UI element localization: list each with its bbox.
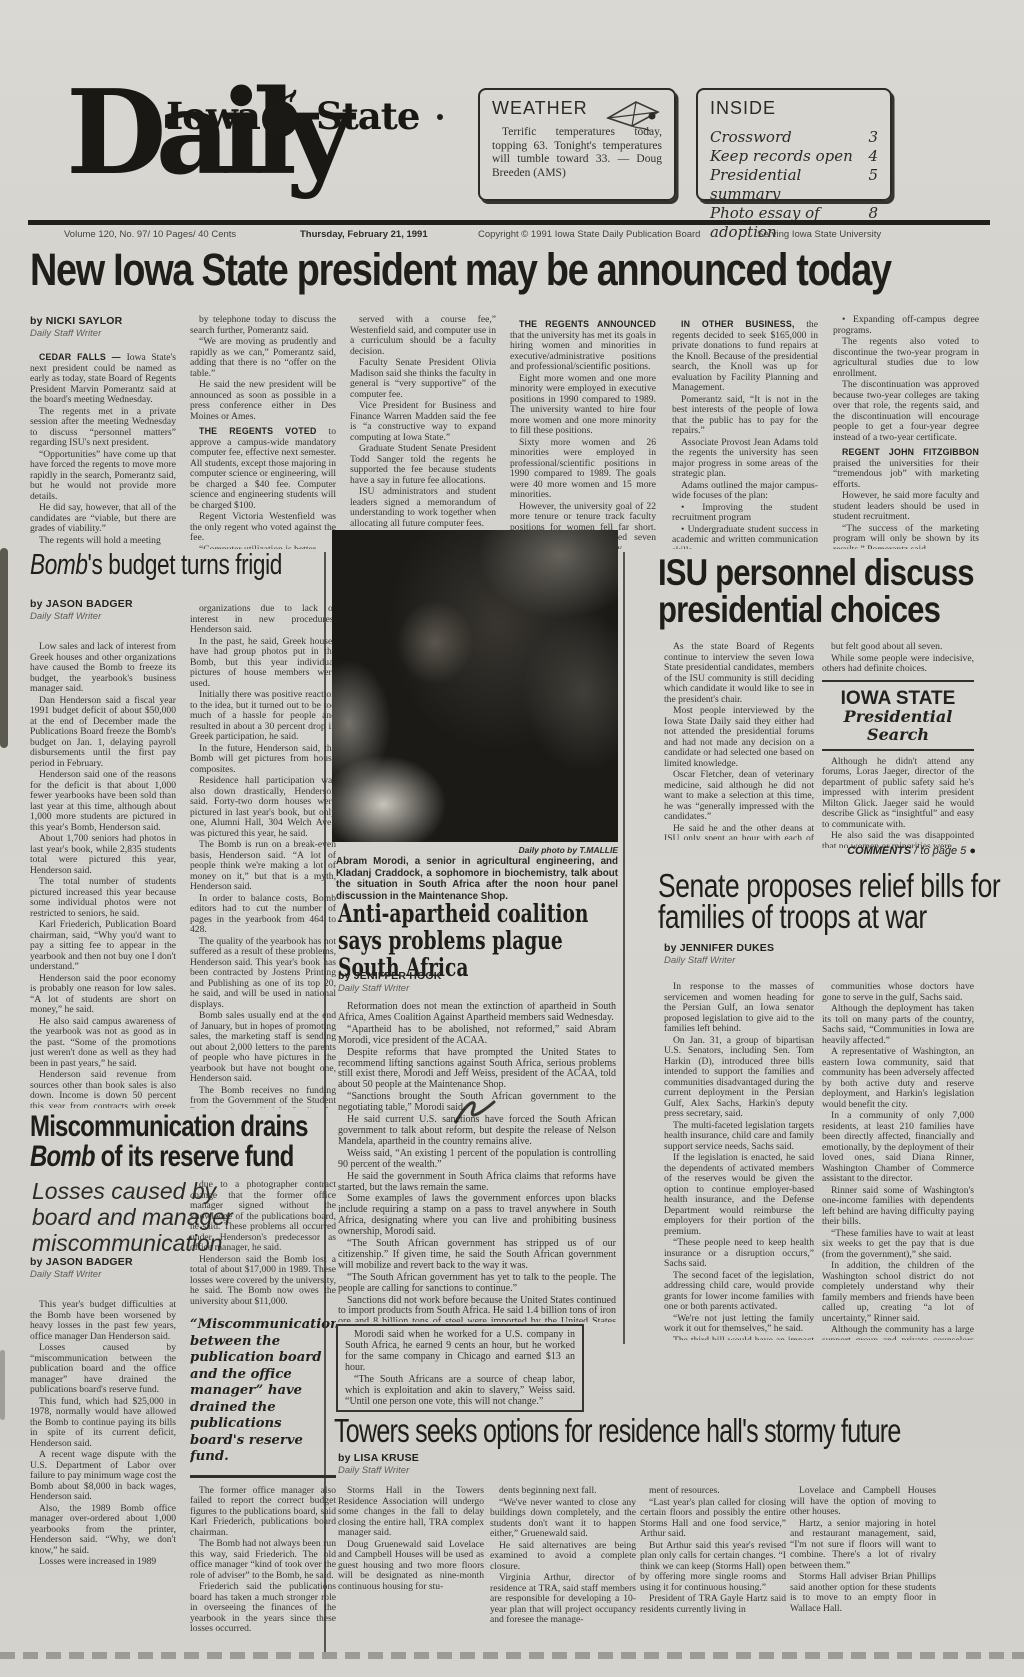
scan-smudge	[0, 548, 8, 748]
inside-item: Crossword 3	[710, 128, 878, 147]
misc-headline: Miscommunication drains Bomb of its rese…	[30, 1112, 338, 1172]
paragraph: Lovelace and Campbell Houses will have t…	[790, 1486, 936, 1518]
byline: by JENIFFER HOOK Daily Staff Writer	[338, 970, 442, 994]
paragraph: The discontinuation was approved because…	[833, 380, 979, 443]
folio-volume: Volume 120, No. 97/ 10 Pages/ 40 Cents	[64, 229, 236, 240]
photo-credit: Daily photo by T.MALLIE	[440, 845, 618, 855]
byline-role: Daily Staff Writer	[664, 955, 774, 966]
paragraph: Reformation does not mean the extinction…	[338, 1002, 616, 1024]
senate-headline: Senate proposes relief bills for familie…	[658, 870, 1002, 932]
byline: by JASON BADGER Daily Staff Writer	[30, 1256, 133, 1280]
article-text: CEDAR FALLS — Iowa State's next presiden…	[30, 352, 176, 546]
paragraph: organizations due to lack of interest in…	[190, 604, 336, 636]
article-text: due to a photographer contract change th…	[190, 1180, 336, 1307]
paragraph: due to a photographer contract change th…	[190, 1180, 336, 1254]
byline: by JASON BADGER Daily Staff Writer	[30, 598, 133, 622]
paragraph: This fund, which had $25,000 in 1978, no…	[30, 1397, 176, 1450]
paragraph: Bomb sales usually end at the end of Jan…	[190, 1011, 336, 1085]
folio-date: Thursday, February 21, 1991	[300, 229, 428, 240]
paragraph: The second facet of the legislation, add…	[664, 1271, 814, 1313]
paragraph: The multi-faceted legislation targets he…	[664, 1121, 814, 1153]
apartheid-body: Reformation does not mean the extinction…	[338, 1002, 616, 1322]
paragraph: He said the new president will be announ…	[190, 380, 336, 422]
inside-index: Crossword 3 Keep records open 4 Presiden…	[710, 128, 878, 242]
comments-page-ref: / to page 5 ●	[911, 845, 976, 857]
paragraph: Doug Gruenewald said Lovelace and Campbe…	[338, 1540, 484, 1593]
paragraph: CEDAR FALLS — Iowa State's next presiden…	[30, 352, 176, 406]
main-col-6: • Expanding off-campus degree programs.T…	[833, 315, 979, 549]
article-text: but felt good about all seven.While some…	[822, 642, 974, 675]
paragraph: communities whose doctors have gone to s…	[822, 982, 974, 1003]
paragraph: REGENT JOHN FITZGIBBON praised the unive…	[833, 447, 979, 490]
paragraph: “We're not just letting the family work …	[664, 1314, 814, 1335]
paragraph: The Bomb is run on a break-even basis, H…	[190, 840, 336, 893]
inside-item-page: 4	[868, 147, 878, 166]
paragraph: “These families have to wait at least si…	[822, 1229, 974, 1261]
byline-author: by JENIFFER HOOK	[338, 970, 442, 982]
comments-jump-line: COMMENTS / to page 5 ●	[800, 845, 976, 857]
inside-title: INSIDE	[710, 98, 878, 119]
byline-role: Daily Staff Writer	[30, 1269, 133, 1280]
paragraph: “These people need to keep health insura…	[664, 1238, 814, 1270]
scan-smudge	[0, 1350, 5, 1420]
presidential-search-logo: IOWA STATE Presidential Search	[822, 680, 974, 751]
paragraph: In addition, the children of the Washing…	[822, 1261, 974, 1324]
paragraph: A representative of Washington, an easte…	[822, 1047, 974, 1110]
logo-iowa-state: IOWA STATE	[824, 689, 972, 708]
isu-col-1: As the state Board of Regents continue t…	[664, 642, 814, 840]
paragraph: If the legislation is enacted, he said t…	[664, 1153, 814, 1237]
paragraph: Friederich said the publications board h…	[190, 1582, 336, 1635]
perforated-edge	[0, 1652, 1024, 1659]
folio-copyright: Copyright © 1991 Iowa State Daily Public…	[478, 229, 700, 240]
paragraph: In response to the masses of servicemen …	[664, 982, 814, 1035]
paragraph: He said he and the other deans at ISU on…	[664, 824, 814, 841]
inside-item: Keep records open 4	[710, 147, 878, 166]
towers-col-4: Lovelace and Campbell Houses will have t…	[790, 1486, 936, 1658]
paragraph: Although the deployment has taken its to…	[822, 1004, 974, 1046]
paragraph: Initially there was positive reaction to…	[190, 690, 336, 743]
masthead-iowa: Iowa	[166, 94, 260, 138]
main-col-1: by NICKI SAYLOR Daily Staff Writer CEDAR…	[30, 315, 176, 549]
byline: by LISA KRUSE Daily Staff Writer	[338, 1452, 419, 1476]
byline-role: Daily Staff Writer	[338, 983, 442, 994]
paragraph: The former office manager also failed to…	[190, 1486, 336, 1539]
paragraph: The Bomb had not always been run this wa…	[190, 1539, 336, 1581]
towers-headline: Towers seeks options for residence hall'…	[334, 1412, 901, 1450]
paragraph: Sanctions did not work before because th…	[338, 1296, 616, 1322]
paragraph: Vice President for Business and Finance …	[350, 401, 496, 443]
paragraph: But Arthur said this year's revised plan…	[640, 1541, 786, 1594]
paragraph: Hartz, a senior majoring in hotel and re…	[790, 1519, 936, 1572]
paragraph: The quality of the yearbook has not suff…	[190, 937, 336, 1011]
paragraph: but felt good about all seven.	[822, 642, 974, 653]
misc-col-2: due to a photographer contract change th…	[190, 1180, 336, 1658]
paragraph: • Expanding off-campus degree programs.	[833, 315, 979, 336]
paragraph: The regents will hold a meeting	[30, 536, 176, 547]
paragraph: As the state Board of Regents continue t…	[664, 642, 814, 705]
paragraph: Adams outlined the major campus-wide foc…	[672, 481, 818, 502]
paragraph: Henderson said the poor economy is proba…	[30, 974, 176, 1016]
paragraph: Losses were increased in 1989	[30, 1557, 176, 1568]
weather-box: WEATHER Terrific temperatures today, top…	[478, 88, 676, 201]
misc-headline-part1: Miscommunication drains	[30, 1110, 308, 1143]
bomb-headline-italic: Bomb	[30, 549, 88, 581]
byline: by NICKI SAYLOR Daily Staff Writer	[30, 315, 176, 339]
paragraph: Low sales and lack of interest from Gree…	[30, 642, 176, 695]
bomb-col-2: organizations due to lack of interest in…	[190, 604, 336, 1108]
paragraph: In order to balance costs, Bomb editors …	[190, 894, 336, 936]
paragraph: The total number of students pictured in…	[30, 877, 176, 919]
article-text: The former office manager also failed to…	[190, 1486, 336, 1635]
paragraph: Henderson said revenue from sources othe…	[30, 1070, 176, 1108]
main-col-3: served with a course fee,” Westenfield s…	[350, 315, 496, 549]
apartheid-boxed-text: Morodi said when he worked for a U.S. co…	[336, 1324, 584, 1412]
paragraph: Although the community has a large suppo…	[822, 1325, 974, 1340]
paragraph: “The South Africans are a source of chea…	[345, 1374, 575, 1407]
paragraph: The Bomb receives no funding from the Go…	[190, 1086, 336, 1109]
inside-item-page: 5	[868, 166, 878, 204]
paragraph: • Improving the student recruitment prog…	[672, 503, 818, 524]
paragraph: Pomerantz said, “It is not in the best i…	[672, 395, 818, 437]
paragraph: “Opportunities” have come up that have f…	[30, 450, 176, 503]
paragraph: Eight more women and one more minority w…	[510, 374, 656, 437]
byline: by JENNIFER DUKES Daily Staff Writer	[664, 942, 774, 966]
paragraph: Despite reforms that have prompted the U…	[338, 1048, 616, 1092]
byline-author: by JENNIFER DUKES	[664, 942, 774, 954]
paragraph: Storms Hall adviser Brian Phillips said …	[790, 1572, 936, 1614]
folio-tagline: Serving Iowa State University	[757, 229, 881, 240]
paragraph: This year's budget difficulties at the B…	[30, 1300, 176, 1342]
paragraph: “The South African government has stripp…	[338, 1239, 616, 1272]
paragraph: In the future, Henderson said, the Bomb …	[190, 744, 336, 776]
inside-item-label: Crossword	[710, 128, 792, 147]
paragraph: The regents also voted to discontinue th…	[833, 337, 979, 379]
misc-headline-italic: Bomb	[30, 1140, 95, 1173]
main-headline: New Iowa State president may be announce…	[30, 244, 891, 296]
paragraph: On Jan. 31, a group of bipartisan U.S. S…	[664, 1036, 814, 1120]
paragraph: Regent Victoria Westenfield was the only…	[190, 512, 336, 544]
paragraph: Karl Friederich, Publication Board chair…	[30, 920, 176, 973]
inside-item-label: Keep records open	[710, 147, 853, 166]
bomb-col-1: Low sales and lack of interest from Gree…	[30, 642, 176, 1108]
paragraph: THE REGENTS ANNOUNCED that the universit…	[510, 319, 656, 373]
paragraph: A recent wage dispute with the U.S. Depa…	[30, 1450, 176, 1503]
paragraph: Rinner said some of Washington's one-inc…	[822, 1186, 974, 1228]
paragraph: Henderson said the Bomb lost a total of …	[190, 1255, 336, 1308]
byline-author: by NICKI SAYLOR	[30, 315, 176, 327]
main-col-2: by telephone today to discuss the search…	[190, 315, 336, 549]
paragraph: The third bill would have an impact on c…	[664, 1336, 814, 1341]
paragraph: served with a course fee,” Westenfield s…	[350, 315, 496, 357]
main-col-5: IN OTHER BUSINESS, the regents decided t…	[672, 315, 818, 549]
paragraph: “The success of the marketing program wi…	[833, 524, 979, 550]
towers-col-3: ment of resources.“Last year's plan call…	[640, 1486, 786, 1658]
bomb-headline: Bomb's budget turns frigid	[30, 549, 282, 582]
ink-dot	[437, 114, 443, 120]
paragraph: “Apartheid has to be abolished, not refo…	[338, 1025, 616, 1047]
paragraph: About 1,700 seniors had photos in last y…	[30, 834, 176, 876]
comments-label: COMMENTS	[847, 845, 911, 857]
bomb-headline-rest: 's budget turns frigid	[88, 549, 282, 581]
misc-col-1: This year's budget difficulties at the B…	[30, 1300, 176, 1658]
paragraph: ISU administrators and student leaders s…	[350, 487, 496, 529]
paragraph: by telephone today to discuss the search…	[190, 315, 336, 336]
paragraph: Storms Hall in the Towers Residence Asso…	[338, 1486, 484, 1539]
paragraph: Faculty Senate President Olivia Madison …	[350, 358, 496, 400]
paragraph: Also, the 1989 Bomb office manager over-…	[30, 1504, 176, 1557]
article-text: Although he didn't attend any forums, Lo…	[822, 757, 974, 849]
paragraph: “The South African government has yet to…	[338, 1273, 616, 1295]
paragraph: IN OTHER BUSINESS, the regents decided t…	[672, 319, 818, 394]
byline-author: by LISA KRUSE	[338, 1452, 419, 1464]
paragraph: THE REGENTS VOTED to approve a campus-wi…	[190, 426, 336, 511]
paragraph: ment of resources.	[640, 1486, 786, 1497]
byline-role: Daily Staff Writer	[338, 1465, 419, 1476]
paragraph: He did say, however, that all of the can…	[30, 503, 176, 535]
paragraph: Weiss said, “An existing 1 percent of th…	[338, 1149, 616, 1171]
paragraph: “We've never wanted to close any buildin…	[490, 1498, 636, 1540]
paragraph: Losses caused by “miscommunication betwe…	[30, 1343, 176, 1396]
ink-smudge	[452, 1094, 498, 1128]
paragraph: Some examples of laws the government enf…	[338, 1194, 616, 1238]
isu-headline: ISU personnel discuss presidential choic…	[658, 554, 994, 628]
towers-col-2: dents beginning next fall.“We've never w…	[490, 1486, 636, 1658]
inside-box: INSIDE Crossword 3 Keep records open 4 P…	[696, 88, 892, 201]
paragraph: Virginia Arthur, director of residence a…	[490, 1573, 636, 1626]
senate-col-1: In response to the masses of servicemen …	[664, 982, 814, 1340]
misc-headline-part3: of its reserve fund	[95, 1140, 294, 1173]
paragraph: He also said campus awareness of the yea…	[30, 1017, 176, 1070]
paragraph: Oscar Fletcher, dean of veterinary medic…	[664, 770, 814, 823]
byline-author: by JASON BADGER	[30, 1256, 133, 1268]
inside-item-page: 3	[868, 128, 878, 147]
masthead-rule	[28, 220, 990, 225]
isu-col-2: but felt good about all seven.While some…	[822, 642, 974, 848]
news-photo	[332, 530, 618, 842]
paragraph: Although he didn't attend any forums, Lo…	[822, 757, 974, 831]
inside-item-label: Presidential summary	[710, 166, 868, 204]
masthead-state: State	[316, 94, 419, 138]
paragraph: Graduate Student Senate President Todd S…	[350, 444, 496, 486]
paragraph: However, he said more faculty and studen…	[833, 491, 979, 523]
weather-text: Terrific temperatures today, topping 63.…	[492, 126, 662, 180]
paragraph: Most people interviewed by the Iowa Stat…	[664, 706, 814, 769]
byline-author: by JASON BADGER	[30, 598, 133, 610]
byline-role: Daily Staff Writer	[30, 611, 133, 622]
paragraph: He said alternatives are being examined …	[490, 1541, 636, 1573]
paragraph: While some people were indecisive, other…	[822, 654, 974, 675]
paragraph: “Last year's plan called for closing cer…	[640, 1498, 786, 1540]
main-col-4: THE REGENTS ANNOUNCED that the universit…	[510, 315, 656, 549]
paragraph: Morodi said when he worked for a U.S. co…	[345, 1329, 575, 1373]
paragraph: In the past, he said, Greek houses have …	[190, 637, 336, 690]
pull-quote: “Miscommunication between the publicatio…	[190, 1317, 336, 1478]
senate-col-2: communities whose doctors have gone to s…	[822, 982, 974, 1340]
newspaper-front-page: Daily Iowa State WEATHER Terrific temper…	[0, 0, 1024, 1677]
photo-caption: Abram Morodi, a senior in agricultural e…	[336, 856, 618, 902]
paragraph: President of TRA Gayle Hartz said reside…	[640, 1594, 786, 1615]
inside-item: Presidential summary 5	[710, 166, 878, 204]
paragraph: Dan Henderson said a fiscal year 1991 bu…	[30, 696, 176, 770]
logo-presidential-search: Presidential Search	[824, 708, 972, 744]
paragraph: Associate Provost Jean Adams told the re…	[672, 438, 818, 480]
paragraph: dents beginning next fall.	[490, 1486, 636, 1497]
paragraph: In a community of only 7,000 residents, …	[822, 1111, 974, 1185]
byline-role: Daily Staff Writer	[30, 328, 176, 339]
paragraph: Residence hall participation was also do…	[190, 776, 336, 839]
paragraph: The regents met in a private session aft…	[30, 407, 176, 449]
paragraph: He said the government in South Africa c…	[338, 1172, 616, 1194]
kite-icon	[602, 96, 664, 134]
towers-col-1: Storms Hall in the Towers Residence Asso…	[338, 1486, 484, 1658]
paragraph: Sixty more women and 26 minorities were …	[510, 438, 656, 501]
bomb-icon	[254, 86, 308, 140]
paragraph: Henderson said one of the reasons for th…	[30, 770, 176, 833]
paragraph: • Undergraduate student success in acade…	[672, 525, 818, 550]
paragraph: “We are moving as prudently and rapidly …	[190, 337, 336, 379]
